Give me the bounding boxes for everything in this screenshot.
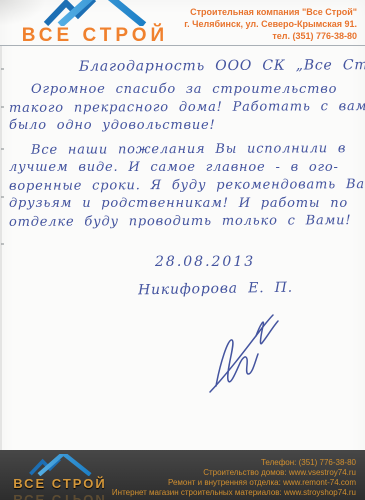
letter-line: отделке буду проводить только с Вами! — [9, 212, 359, 232]
letter-title: Благодарность ООО СК „Все Строй" — [79, 56, 359, 75]
footer-contact-block: Телефон: (351) 776-38-80 Строительство д… — [112, 458, 356, 498]
scan-speck — [1, 148, 4, 150]
scan-speck — [1, 243, 4, 245]
scan-speck — [1, 68, 4, 70]
handwritten-signature — [200, 312, 280, 397]
letter-line: Огромное спасибо за строительство — [9, 81, 359, 99]
letterhead: ВСЕ СТРОЙ Строительная компания "Все Стр… — [0, 0, 365, 45]
footer-phone: Телефон: (351) 776-38-80 — [112, 458, 356, 468]
scan-smudge — [0, 0, 46, 26]
roof-logo-icon — [28, 454, 92, 476]
company-address: г. Челябинск, ул. Северо-Крымская 91. — [184, 18, 357, 30]
letter-line: воренные сроки. Я буду рекомендовать Вас — [9, 176, 359, 196]
letter-line: друзьям и родственникам! И работы по — [9, 195, 359, 213]
company-name: Строительная компания "Все Строй" — [184, 6, 357, 18]
letter-signee: Никифорова Е. П. — [138, 280, 293, 299]
scanned-thank-you-letter: ВСЕ СТРОЙ Строительная компания "Все Стр… — [0, 0, 365, 500]
company-phone: тел. (351) 776-38-80 — [184, 30, 357, 42]
footer-logo-reflection: ВСЕ СТРОЙ — [10, 492, 110, 500]
footer-logo-text: ВСЕ СТРОЙ — [10, 476, 110, 491]
letter-line: лучшем виде. И самое главное - в ого- — [9, 159, 359, 177]
footer-site-2: Ремонт и внутренняя отделка: www.remont-… — [112, 478, 356, 488]
letter-line: такого прекрасного дома! Работать с вами — [9, 98, 359, 118]
footer-logo: ВСЕ СТРОЙ ВСЕ СТРОЙ — [10, 453, 110, 499]
letter-date: 28.08.2013 — [155, 254, 255, 270]
logo-text: ВСЕ СТРОЙ — [10, 25, 180, 47]
header-divider — [0, 45, 365, 46]
header-contact-block: Строительная компания "Все Строй" г. Чел… — [184, 6, 357, 42]
footer-site-1: Строительство домов: www.vsestroy74.ru — [112, 468, 356, 478]
roof-logo-icon — [42, 0, 147, 26]
handwritten-letter: Благодарность ООО СК „Все Строй" Огромно… — [9, 57, 359, 231]
scan-speck — [1, 106, 4, 108]
letter-line: было одно удовольствие! — [9, 117, 359, 135]
scan-speck — [1, 196, 4, 198]
footer-bar: ВСЕ СТРОЙ ВСЕ СТРОЙ Телефон: (351) 776-3… — [0, 450, 365, 500]
letter-line: Все наши пожелания Вы исполнили в — [9, 140, 359, 160]
footer-site-3: Интернет магазин строительных материалов… — [112, 488, 356, 498]
